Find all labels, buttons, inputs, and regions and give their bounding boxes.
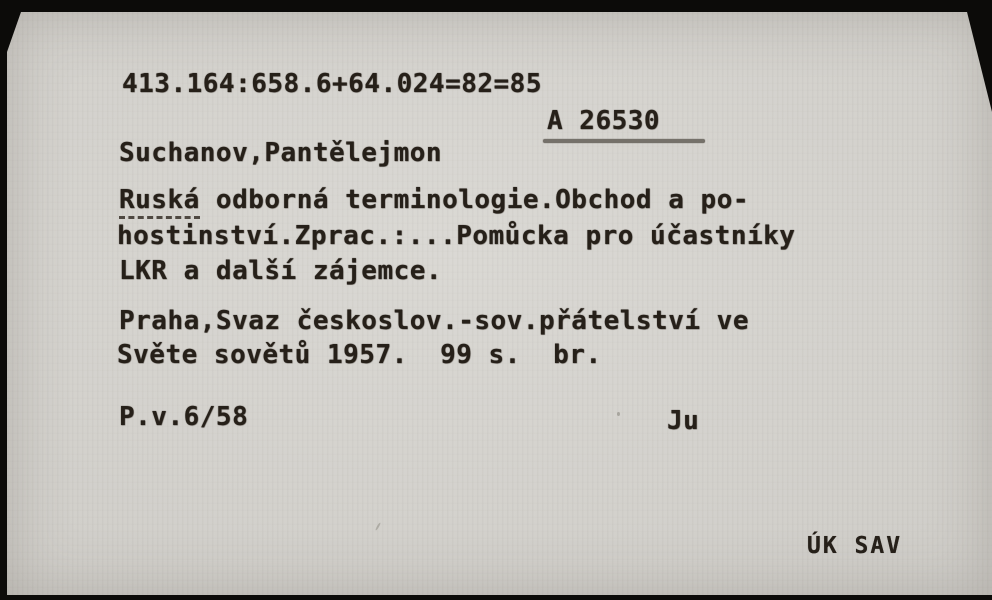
imprint-line-2: Světe sovětů 1957. 99 s. br.: [117, 340, 602, 370]
catalog-card: 413.164:658.6+64.024=82=85 A 26530 Sucha…: [7, 12, 992, 595]
accession-underline: [543, 139, 705, 143]
scanned-catalog-card-scan: 413.164:658.6+64.024=82=85 A 26530 Sucha…: [0, 0, 992, 600]
title-line-1-rest: odborná terminologie.Obchod a po-: [200, 185, 749, 215]
paper-speck: [617, 412, 620, 416]
library-stamp: ÚK SAV: [807, 533, 902, 559]
record-reference: P.v.6/58: [119, 402, 248, 432]
title-line-1: Ruská odborná terminologie.Obchod a po-: [119, 185, 749, 215]
author-name: Suchanov,Pantělejmon: [119, 138, 442, 168]
title-line-2: hostinství.Zprac.:...Pomůcka pro účastní…: [117, 221, 795, 251]
title-line-3: LKR a další zájemce.: [119, 256, 442, 286]
imprint-line-1: Praha,Svaz českoslov.-sov.přátelství ve: [119, 306, 749, 336]
title-underlined-word: Ruská: [119, 185, 200, 219]
classification-number: 413.164:658.6+64.024=82=85: [122, 69, 542, 99]
paper-speck: [375, 522, 381, 531]
cataloguer-initials: Ju: [667, 406, 699, 436]
accession-number: A 26530: [547, 106, 660, 136]
